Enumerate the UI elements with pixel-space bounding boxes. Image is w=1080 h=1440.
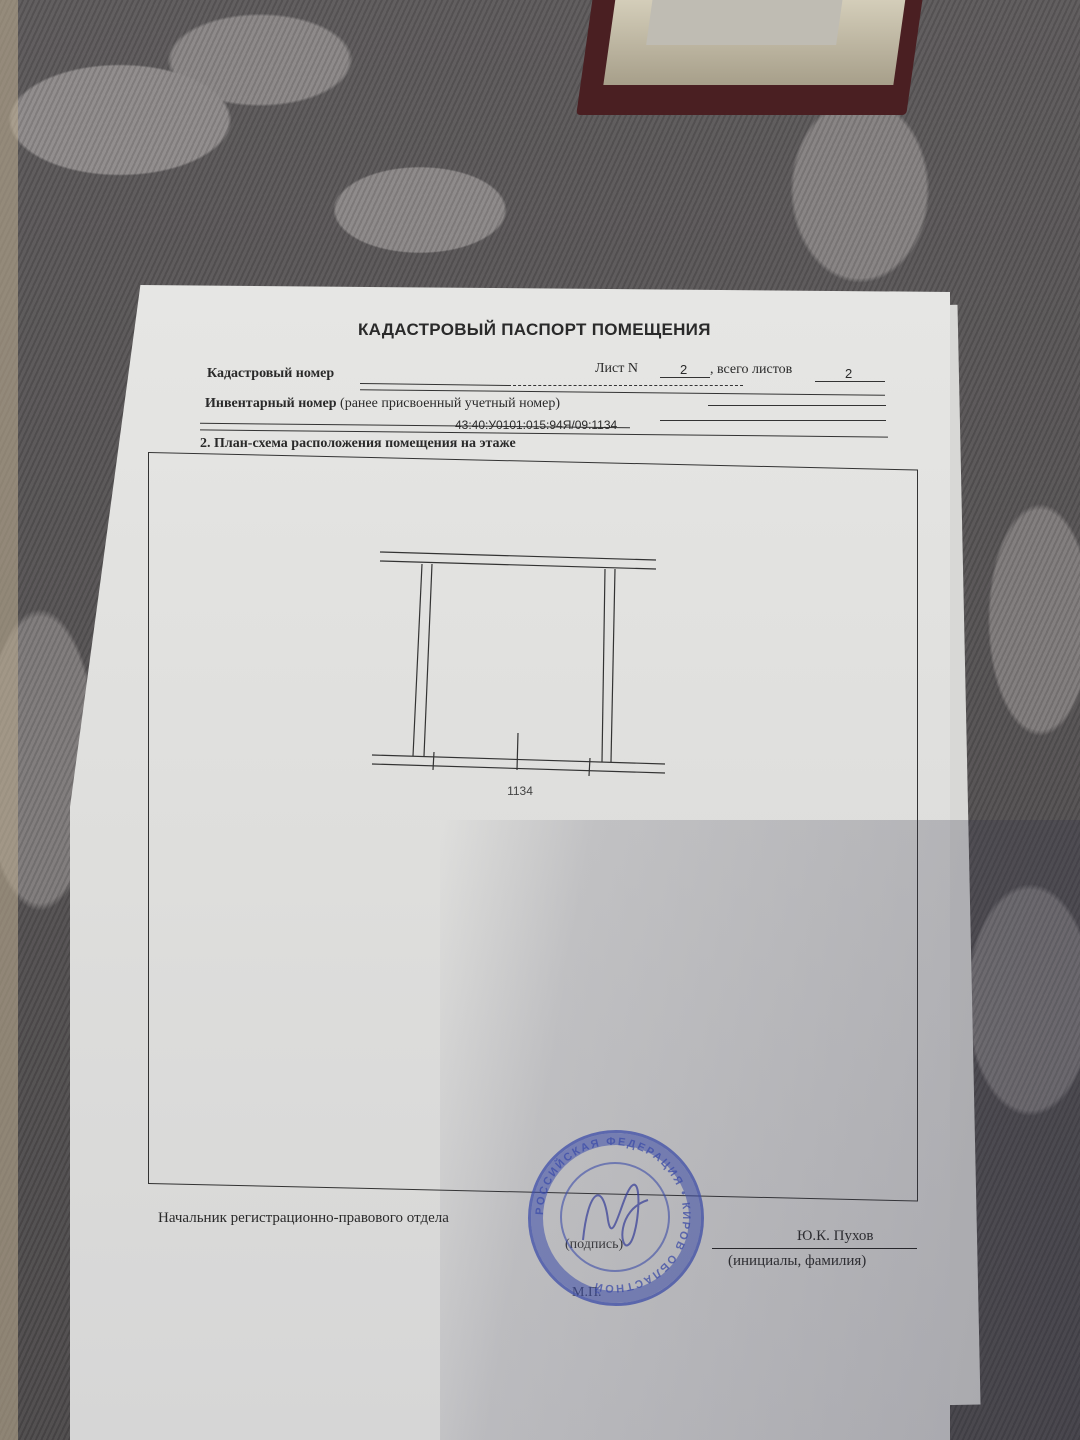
sheet-number-line [660,377,710,378]
floor-plan-diagram: 1134 [360,540,680,810]
inventory-value: 43:40:У0101:015:94Я/09:1134 [455,418,617,432]
total-sheets: 2 [845,366,852,381]
svg-text:РОССИЙСКАЯ ФЕДЕРАЦИЯ • КИРОВ О: РОССИЙСКАЯ ФЕДЕРАЦИЯ • КИРОВ ОБЛАСТНОЙ [534,1136,692,1294]
cadastral-number-label: Кадастровый номер [207,366,334,382]
signer-name: Ю.К. Пухов [797,1228,874,1245]
handwritten-signature [583,1185,648,1246]
inventory-label: Инвентарный номер [205,396,337,411]
sheet-label: Лист N [595,361,638,377]
document-title: КАДАСТРОВЫЙ ПАСПОРТ ПОМЕЩЕНИЯ [358,320,711,340]
name-hint: (инициалы, фамилия) [728,1253,866,1270]
inventory-hint: (ранее присвоенный учетный номер) [340,396,560,411]
total-sheets-label: , всего листов [710,362,792,378]
sheet-number: 2 [680,362,687,377]
section-title: 2. План-схема расположения помещения на … [200,436,516,452]
room-number-label: 1134 [507,784,533,798]
cadastral-number-dashed-line [508,385,743,386]
rule-line [708,405,886,406]
inventory-label-group: Инвентарный номер (ранее присвоенный уче… [205,396,560,412]
rule-line [660,420,886,421]
position-title: Начальник регистрационно-правового отдел… [158,1210,449,1227]
table-edge [0,0,18,1440]
total-sheets-line [815,381,885,382]
signature-name-line [712,1248,917,1249]
book-inner [646,0,844,45]
stamp-text-ring: РОССИЙСКАЯ ФЕДЕРАЦИЯ • КИРОВ ОБЛАСТНОЙ [528,1130,698,1300]
